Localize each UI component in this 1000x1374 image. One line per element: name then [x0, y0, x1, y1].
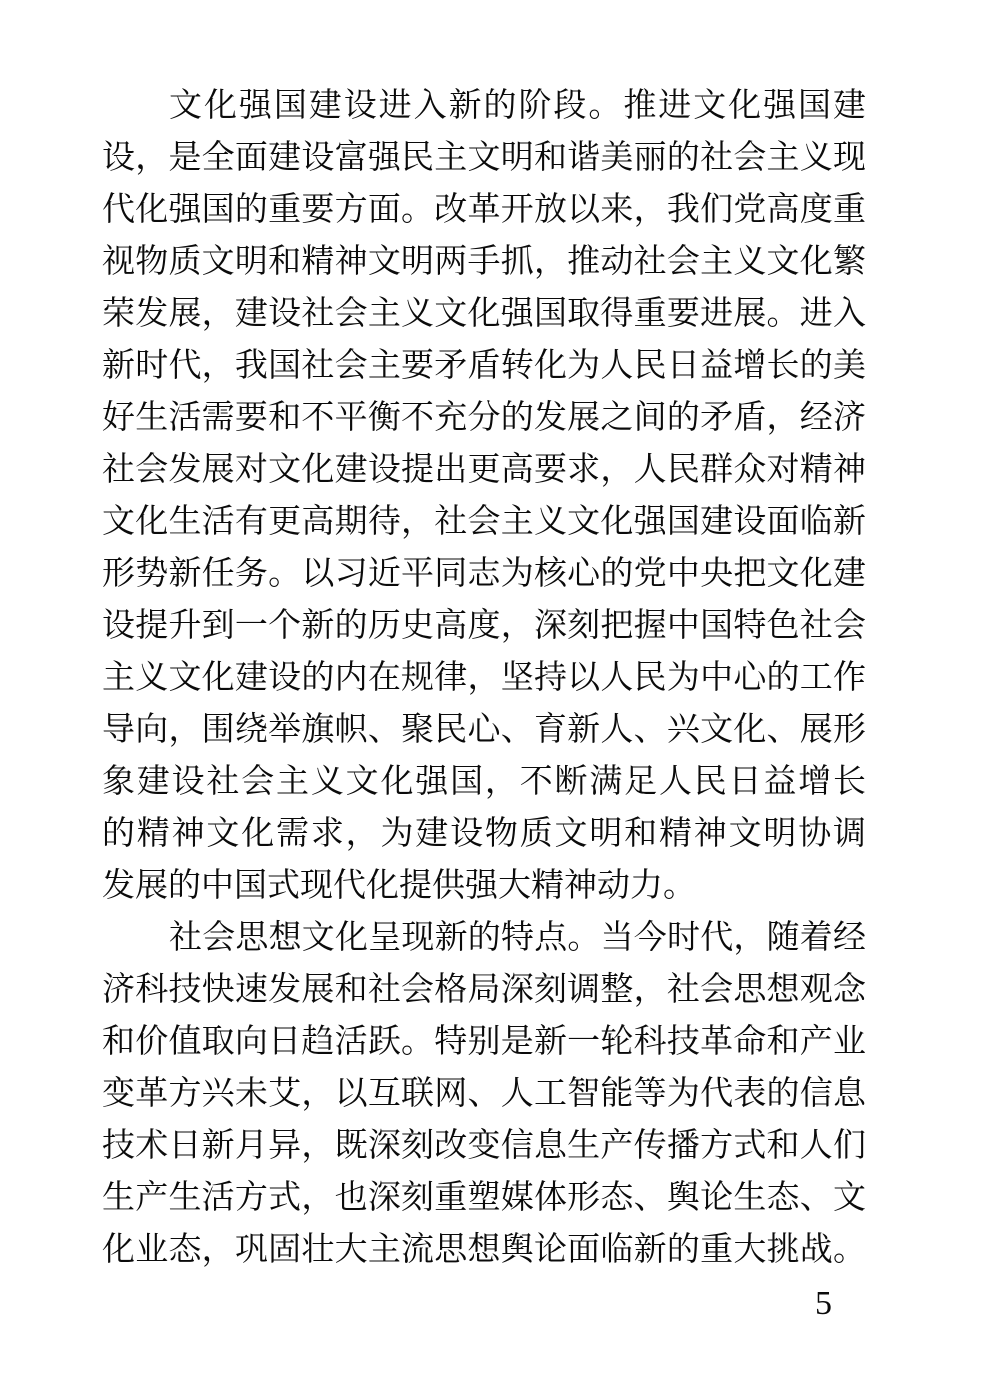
document-page: 文化强国建设进入新的阶段。推进文化强国建 设，是全面建设富强民主文明和谐美丽的社… — [0, 0, 1000, 1374]
text-line: 发展的中国式现代化提供强大精神动力。 — [102, 860, 866, 912]
text-line: 变革方兴未艾，以互联网、人工智能等为代表的信息 — [102, 1068, 866, 1120]
text-line: 社会思想文化呈现新的特点。当今时代，随着经 — [102, 912, 866, 964]
text-line: 象建设社会主义文化强国，不断满足人民日益增长 — [102, 756, 866, 808]
text-line: 设，是全面建设富强民主文明和谐美丽的社会主义现 — [102, 132, 866, 184]
text-line: 导向，围绕举旗帜、聚民心、育新人、兴文化、展形 — [102, 704, 866, 756]
text-line: 济科技快速发展和社会格局深刻调整，社会思想观念 — [102, 964, 866, 1016]
text-line: 文化生活有更高期待，社会主义文化强国建设面临新 — [102, 496, 866, 548]
text-line: 荣发展，建设社会主义文化强国取得重要进展。进入 — [102, 288, 866, 340]
page-number: 5 — [815, 1284, 832, 1324]
text-line: 视物质文明和精神文明两手抓，推动社会主义文化繁 — [102, 236, 866, 288]
text-line: 的精神文化需求，为建设物质文明和精神文明协调 — [102, 808, 866, 860]
text-line: 代化强国的重要方面。改革开放以来，我们党高度重 — [102, 184, 866, 236]
paragraph-2: 社会思想文化呈现新的特点。当今时代，随着经 济科技快速发展和社会格局深刻调整，社… — [102, 912, 866, 1276]
text-line: 主义文化建设的内在规律，坚持以人民为中心的工作 — [102, 652, 866, 704]
text-line: 形势新任务。以习近平同志为核心的党中央把文化建 — [102, 548, 866, 600]
text-line: 新时代，我国社会主要矛盾转化为人民日益增长的美 — [102, 340, 866, 392]
text-line: 技术日新月异，既深刻改变信息生产传播方式和人们 — [102, 1120, 866, 1172]
text-line: 社会发展对文化建设提出更高要求，人民群众对精神 — [102, 444, 866, 496]
body-text: 文化强国建设进入新的阶段。推进文化强国建 设，是全面建设富强民主文明和谐美丽的社… — [102, 80, 866, 1276]
text-line: 好生活需要和不平衡不充分的发展之间的矛盾，经济 — [102, 392, 866, 444]
paragraph-1: 文化强国建设进入新的阶段。推进文化强国建 设，是全面建设富强民主文明和谐美丽的社… — [102, 80, 866, 912]
text-line: 生产生活方式，也深刻重塑媒体形态、舆论生态、文 — [102, 1172, 866, 1224]
text-line: 和价值取向日趋活跃。特别是新一轮科技革命和产业 — [102, 1016, 866, 1068]
text-line: 文化强国建设进入新的阶段。推进文化强国建 — [102, 80, 866, 132]
text-line: 化业态，巩固壮大主流思想舆论面临新的重大挑战。 — [102, 1224, 866, 1276]
text-line: 设提升到一个新的历史高度，深刻把握中国特色社会 — [102, 600, 866, 652]
